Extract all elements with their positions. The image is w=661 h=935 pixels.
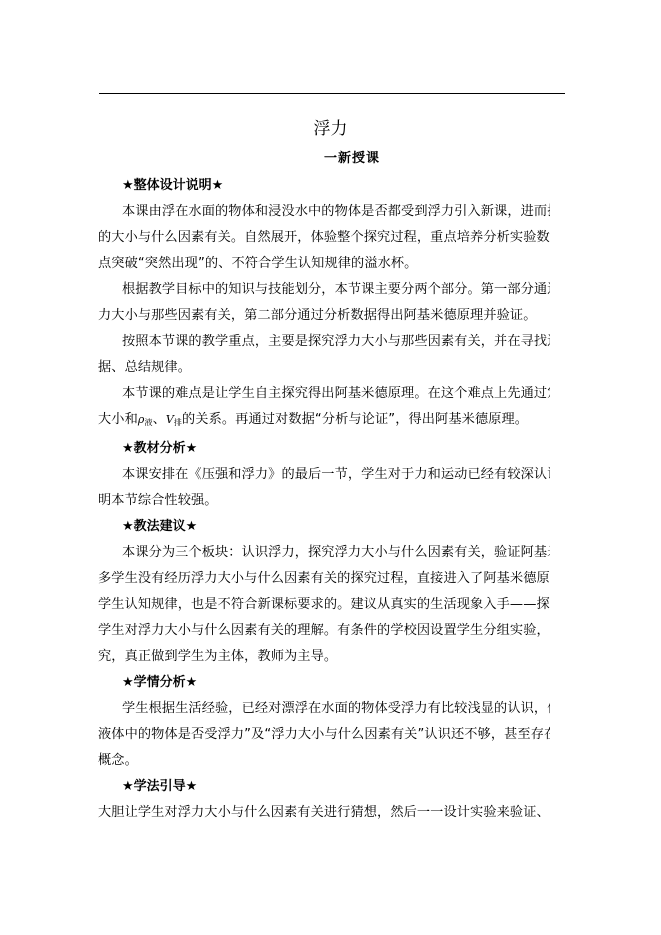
text-span: 大小和 bbox=[98, 412, 138, 427]
section-heading-learning: ★学法引导★ bbox=[98, 774, 550, 800]
document-subtitle: 一新授课 bbox=[324, 150, 380, 168]
document-title: 浮力 bbox=[0, 118, 661, 140]
text-line: 概念。 bbox=[98, 748, 550, 774]
text-span: 的关系。再通过对数据“分析与论证”，得出阿基米德原理。 bbox=[182, 412, 528, 427]
text-line: 明本节综合性较强。 bbox=[98, 488, 550, 514]
text-line: 力大小与那些因素有关，第二部分通过分析数据得出阿基米德原理并验证。 bbox=[98, 303, 550, 329]
paragraph: 本课分为三个板块：认识浮力，探究浮力大小与什么因素有关，验证阿基米德原理。很 多… bbox=[98, 540, 550, 670]
text-line: 本课由浮在水面的物体和浸没水中的物体是否都受到浮力引入新课，进而提出问题浮力 bbox=[98, 199, 550, 225]
text-line: 学生认知规律，也是不符合新课标要求的。建议从真实的生活现象入手——探究破解，加深 bbox=[98, 592, 550, 618]
text-line: 本节课的难点是让学生自主探究得出阿基米德原理。在这个难点上先通过定量探究浮力 bbox=[98, 381, 550, 407]
text-line: 大胆让学生对浮力大小与什么因素有关进行猜想，然后一一设计实验来验证、破解。整 bbox=[98, 800, 550, 826]
volume-subscript: 排 bbox=[174, 418, 182, 427]
section-heading-teaching: ★教法建议★ bbox=[98, 514, 550, 540]
text-line: 本课分为三个板块：认识浮力，探究浮力大小与什么因素有关，验证阿基米德原理。很 bbox=[98, 540, 550, 566]
paragraph: 本节课的难点是让学生自主探究得出阿基米德原理。在这个难点上先通过定量探究浮力 大… bbox=[98, 381, 550, 436]
text-line: 据、总结规律。 bbox=[98, 355, 550, 381]
text-line: 根据教学目标中的知识与技能划分，本节课主要分两个部分。第一部分通过探究知道浮 bbox=[98, 277, 550, 303]
section-heading-design: ★整体设计说明★ bbox=[98, 173, 550, 199]
paragraph: 大胆让学生对浮力大小与什么因素有关进行猜想，然后一一设计实验来验证、破解。整 bbox=[98, 800, 550, 826]
paragraph: 按照本节课的教学重点，主要是探究浮力大小与那些因素有关，并在寻找过程中收集数 据… bbox=[98, 329, 550, 381]
document-body: ★整体设计说明★ 本课由浮在水面的物体和浸没水中的物体是否都受到浮力引入新课，进… bbox=[98, 173, 550, 826]
rho-subscript: 液 bbox=[144, 418, 152, 427]
paragraph: 本课由浮在水面的物体和浸没水中的物体是否都受到浮力引入新课，进而提出问题浮力 的… bbox=[98, 199, 550, 277]
text-line: 点突破“突然出现”的、不符合学生认知规律的溢水杯。 bbox=[98, 251, 550, 277]
paragraph: 本课安排在《压强和浮力》的最后一节，学生对于力和运动已经有较深认识，同时也说 明… bbox=[98, 462, 550, 514]
text-span: 、 bbox=[153, 412, 166, 427]
paragraph: 学生根据生活经验，已经对漂浮在水面的物体受浮力有比较浅显的认识，但对于“浸在 液… bbox=[98, 696, 550, 774]
text-line: 究，真正做到学生为主体，教师为主导。 bbox=[98, 644, 550, 670]
text-line: 液体中的物体是否受浮力”及“浮力大小与什么因素有关”认识还不够，甚至存在错误的前 bbox=[98, 722, 550, 748]
formula-line: 大小和ρ液、V排的关系。再通过对数据“分析与论证”，得出阿基米德原理。 bbox=[98, 407, 550, 436]
text-line: 多学生没有经历浮力大小与什么因素有关的探究过程，直接进入了阿基米德原理，这不符合 bbox=[98, 566, 550, 592]
text-line: 本课安排在《压强和浮力》的最后一节，学生对于力和运动已经有较深认识，同时也说 bbox=[98, 462, 550, 488]
text-line: 学生根据生活经验，已经对漂浮在水面的物体受浮力有比较浅显的认识，但对于“浸在 bbox=[98, 696, 550, 722]
paragraph: 根据教学目标中的知识与技能划分，本节课主要分两个部分。第一部分通过探究知道浮 力… bbox=[98, 277, 550, 329]
section-heading-textbook: ★教材分析★ bbox=[98, 436, 550, 462]
header-rule bbox=[99, 93, 565, 94]
document-page: 浮力 一新授课 ★整体设计说明★ 本课由浮在水面的物体和浸没水中的物体是否都受到… bbox=[0, 0, 661, 935]
text-line: 按照本节课的教学重点，主要是探究浮力大小与那些因素有关，并在寻找过程中收集数 bbox=[98, 329, 550, 355]
text-line: 的大小与什么因素有关。自然展开，体验整个探究过程，重点培养分析实验数据的能力。重 bbox=[98, 225, 550, 251]
volume-symbol: V bbox=[166, 413, 174, 426]
text-line: 学生对浮力大小与什么因素有关的理解。有条件的学校因设置学生分组实验，让学生自主探 bbox=[98, 618, 550, 644]
section-heading-students: ★学情分析★ bbox=[98, 670, 550, 696]
